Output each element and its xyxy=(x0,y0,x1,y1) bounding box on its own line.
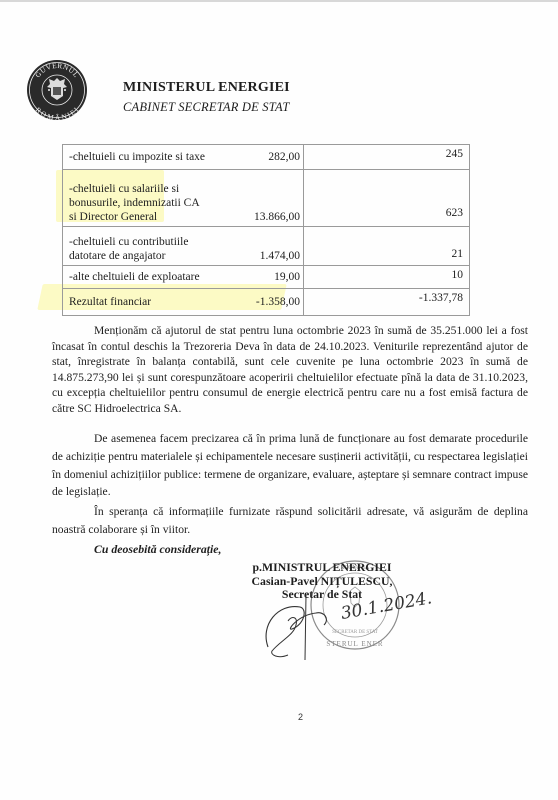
svg-text:SECRETAR DE STAT: SECRETAR DE STAT xyxy=(332,630,378,635)
row-value-current: 13.866,00 xyxy=(214,170,304,227)
row-value-compare: 245 xyxy=(304,145,470,170)
paragraph-state-aid: Menționăm că ajutorul de stat pentru lun… xyxy=(52,323,528,416)
row-value-compare: 623 xyxy=(304,170,470,227)
signatory-title: Secretar de Stat xyxy=(232,588,412,602)
table-row: -cheltuieli cu salariile si bonusurile, … xyxy=(63,170,470,227)
row-value-compare: 10 xyxy=(304,266,470,289)
row-value-compare: -1.337,78 xyxy=(304,289,470,316)
guvernul-romaniei-seal-icon: GUVERNUL ROMÂNIEI xyxy=(26,59,88,121)
page-top-edge xyxy=(0,0,558,2)
row-value-current: 282,00 xyxy=(214,145,304,170)
row-label: -alte cheltuieli de exploatare xyxy=(63,266,215,289)
row-value-current: -1.358,00 xyxy=(214,289,304,316)
signatory-role: p.MINISTRUL ENERGIEI xyxy=(232,561,412,575)
financial-table: -cheltuieli cu impozite si taxe 282,00 2… xyxy=(62,144,470,316)
ministry-title: MINISTERUL ENERGIEI xyxy=(123,80,290,96)
table-row-total: Rezultat financiar -1.358,00 -1.337,78 xyxy=(63,289,470,316)
table-row: -alte cheltuieli de exploatare 19,00 10 xyxy=(63,266,470,289)
closing-salutation: Cu deosebită considerație, xyxy=(94,542,221,557)
svg-text:STERUL ENER: STERUL ENER xyxy=(326,640,383,648)
row-value-current: 19,00 xyxy=(214,266,304,289)
table-row: -cheltuieli cu contributiile datotare de… xyxy=(63,227,470,266)
page-number: 2 xyxy=(298,712,303,722)
row-label: Rezultat financiar xyxy=(63,289,215,316)
paragraph-collaboration: În speranța că informațiile furnizate ră… xyxy=(52,503,528,539)
row-label: -cheltuieli cu impozite si taxe xyxy=(63,145,215,170)
cabinet-subtitle: CABINET SECRETAR DE STAT xyxy=(123,100,290,115)
row-value-compare: 21 xyxy=(304,227,470,266)
row-label: -cheltuieli cu salariile si bonusurile, … xyxy=(63,170,215,227)
signatory-block: p.MINISTRUL ENERGIEI Casian-Pavel NIȚULE… xyxy=(232,561,412,602)
table-row: -cheltuieli cu impozite si taxe 282,00 2… xyxy=(63,145,470,170)
signatory-name: Casian-Pavel NIȚULESCU, xyxy=(232,575,412,589)
row-value-current: 1.474,00 xyxy=(214,227,304,266)
paragraph-procurement: De asemenea facem precizarea că în prima… xyxy=(52,430,528,501)
row-label: -cheltuieli cu contributiile datotare de… xyxy=(63,227,215,266)
